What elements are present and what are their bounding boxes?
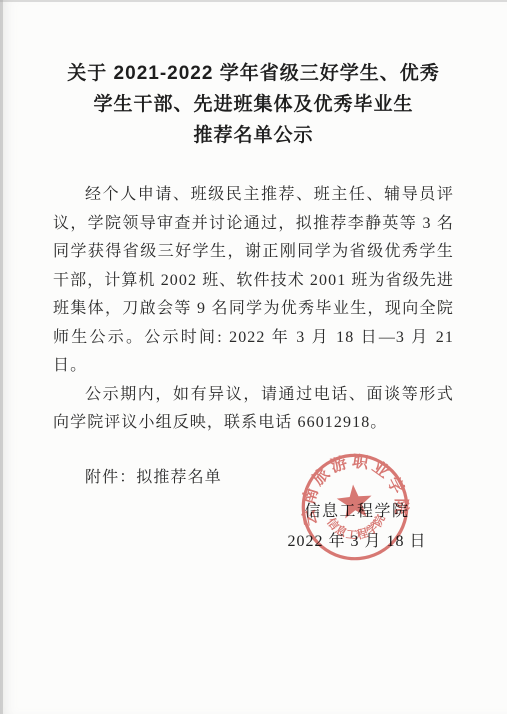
- title-line-3: 推荐名单公示: [0, 120, 507, 151]
- paragraph-contact: 公示期内，如有异议，请通过电话、面谈等形式向学院评议小组反映，联系电话 6601…: [53, 381, 454, 438]
- document-body: 经个人申请、班级民主推荐、班主任、辅导员评议，学院领导审查并讨论通过，拟推荐李静…: [53, 181, 454, 438]
- title-line-1: 关于 2021-2022 学年省级三好学生、优秀: [0, 58, 507, 89]
- official-seal-stamp: 云南旅游职业学院 信息工程学院: [294, 446, 415, 567]
- svg-text:信息工程学院: 信息工程学院: [324, 510, 390, 544]
- title-line-2: 学生干部、先进班集体及优秀毕业生: [0, 89, 507, 120]
- star-icon: [336, 483, 374, 519]
- seal-inner-text: 信息工程学院: [324, 510, 390, 544]
- document-title: 关于 2021-2022 学年省级三好学生、优秀 学生干部、先进班集体及优秀毕业…: [0, 58, 507, 151]
- scanned-notice-page: 关于 2021-2022 学年省级三好学生、优秀 学生干部、先进班集体及优秀毕业…: [0, 0, 507, 714]
- paragraph-recommendation: 经个人申请、班级民主推荐、班主任、辅导员评议，学院领导审查并讨论通过，拟推荐李静…: [53, 181, 454, 381]
